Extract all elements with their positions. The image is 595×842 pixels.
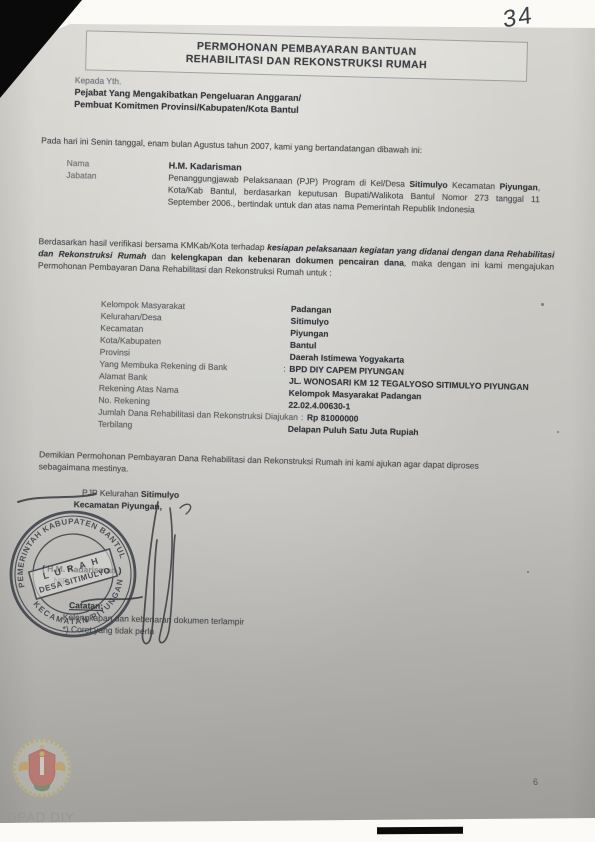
recipient-block: Kepada Yth. Pejabat Yang Mengakibatkan P… xyxy=(74,74,301,116)
handwritten-signature xyxy=(0,480,260,660)
body-paragraph: Berdasarkan hasil verifikasi bersama KMK… xyxy=(38,236,555,285)
detail-value: Delapan Puluh Satu Juta Rupiah xyxy=(288,423,419,438)
request-details-list: Kelompok MasyarakatPadangan Kelurahan/De… xyxy=(98,298,561,442)
redaction-bar xyxy=(377,827,463,835)
detail-value: Sitimulyo xyxy=(290,315,329,328)
detail-value: Bantul xyxy=(290,339,317,352)
detail-value: Piyungan xyxy=(290,327,329,340)
dpad-diy-watermark: DPAD DIY xyxy=(7,810,75,825)
identity-block: Nama Jabatan H.M. Kadarisman Penanggungj… xyxy=(67,157,542,169)
position-value: Penanggungjawab Pelaksanaan (PJP) Progra… xyxy=(168,172,541,218)
position-label: Jabatan xyxy=(66,169,97,182)
position-seg4: Piyungan xyxy=(499,181,538,192)
printed-page-number: 6 xyxy=(533,777,538,787)
scan-speck xyxy=(557,431,559,433)
scan-speck xyxy=(541,303,544,306)
letter-title-box: PERMOHONAN PEMBAYARAN BANTUAN REHABILITA… xyxy=(85,30,528,82)
handwritten-page-mark: 34 xyxy=(503,2,534,35)
position-seg3: Kecamatan xyxy=(448,180,500,191)
name-label: Nama xyxy=(67,157,90,170)
scan-speck xyxy=(527,571,529,573)
opening-paragraph: Pada hari ini Senin tanggal, enam bulan … xyxy=(41,134,549,159)
body-seg3: dan xyxy=(146,251,171,262)
letter-content: PERMOHONAN PEMBAYARAN BANTUAN REHABILITA… xyxy=(0,0,595,842)
detail-value: Padangan xyxy=(291,303,332,316)
position-seg2: Sitimulyo xyxy=(409,179,448,190)
scanned-document-photo: PERMOHONAN PEMBAYARAN BANTUAN REHABILITA… xyxy=(0,0,595,842)
